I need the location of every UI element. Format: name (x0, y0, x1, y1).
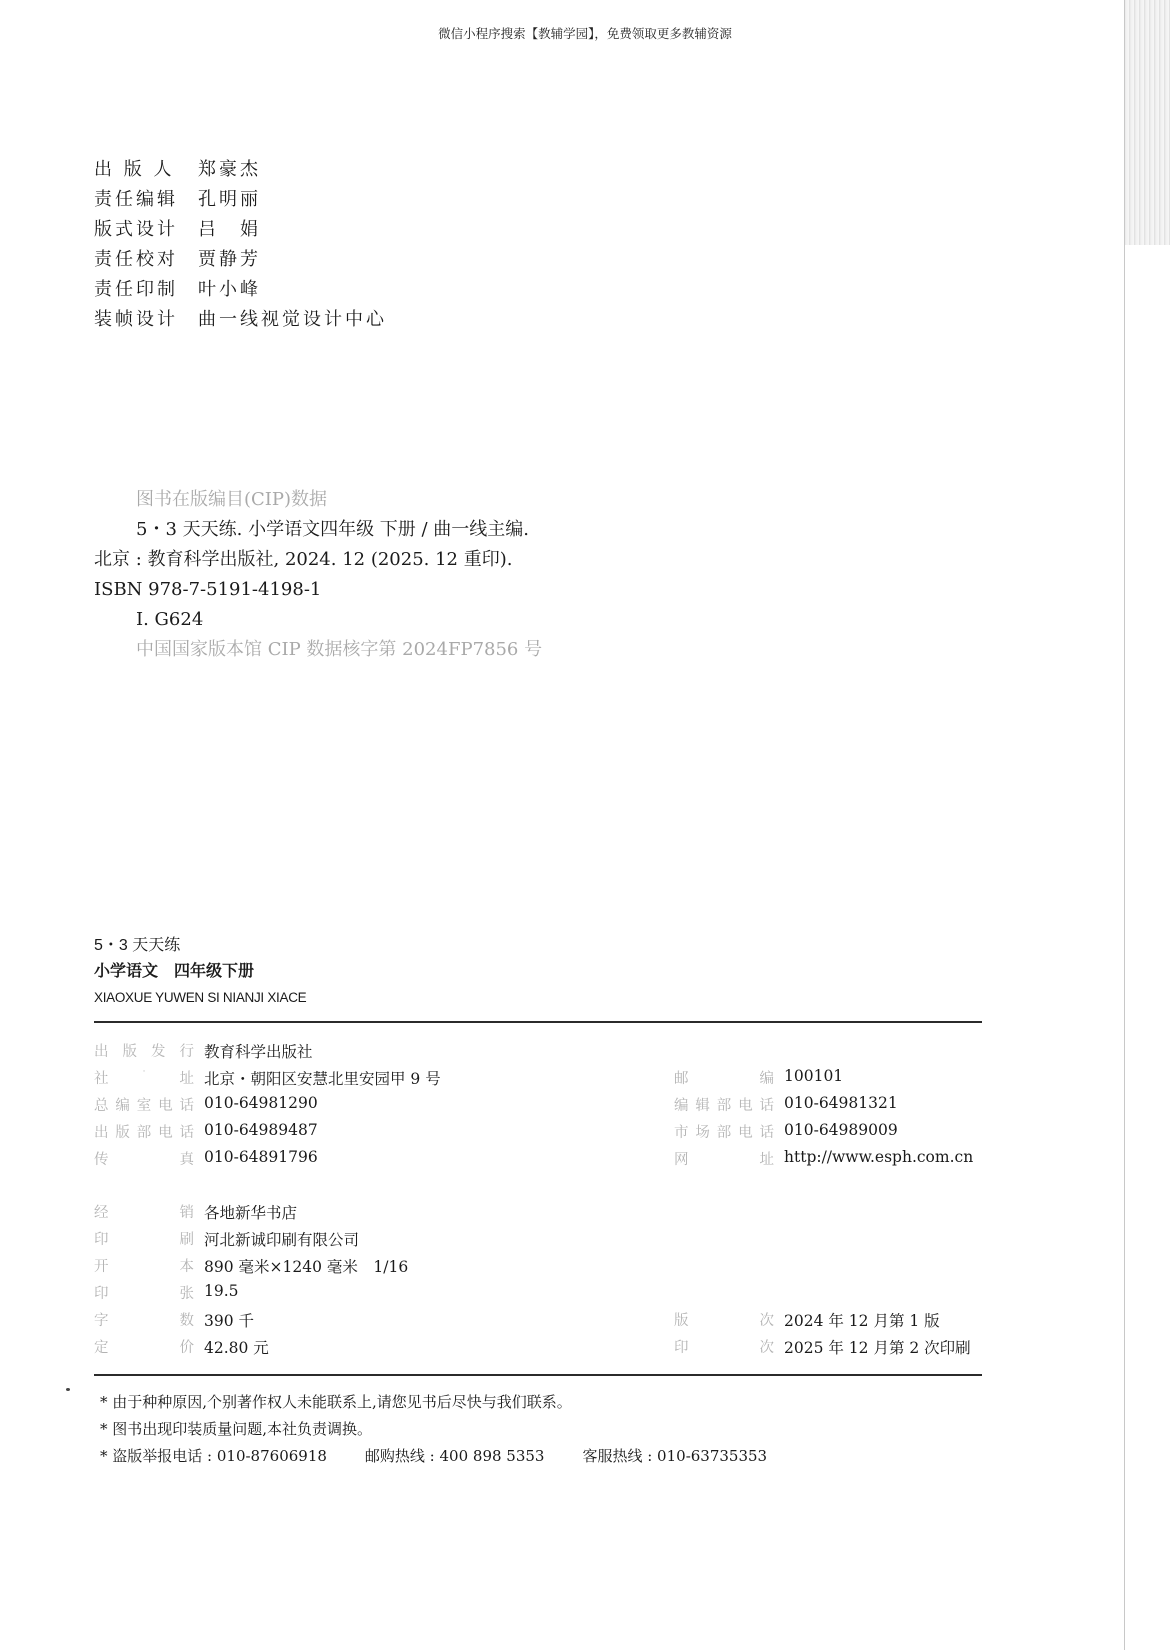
info-label: 开本 (94, 1255, 194, 1277)
info-row: 经销各地新华书店 (94, 1201, 297, 1223)
info-label-char: 场 (695, 1121, 710, 1142)
cip-line1: 5・3 天天练. 小学语文四年级 下册 / 曲一线主编. (94, 515, 542, 545)
info-label: 印张 (94, 1282, 194, 1303)
info-value: 010-64891796 (204, 1148, 318, 1169)
info-row: 总编室电话010-64981290 (94, 1094, 318, 1115)
info-label: 社·址 (94, 1067, 194, 1089)
info-value: 河北新诚印刷有限公司 (204, 1228, 359, 1250)
info-label-char: 辑 (695, 1094, 710, 1115)
info-label-char: 编 (760, 1067, 775, 1088)
info-label-char: 话 (180, 1094, 195, 1115)
info-row: 传真010-64891796 (94, 1148, 318, 1169)
staff-value: 曲一线视觉设计中心 (198, 305, 387, 335)
staff-label: 责任校对 (94, 245, 198, 275)
scan-speck (66, 1388, 70, 1391)
watermark-banner: 微信小程序搜索【教辅学园】，免费领取更多教辅资源 (0, 24, 1170, 42)
info-label-char: 印 (94, 1228, 109, 1250)
info-row: 网址http://www.esph.com.cn (674, 1148, 973, 1169)
info-label-char: 印 (94, 1282, 109, 1303)
mail-order-hotline: 邮购热线 : 400 898 5353 (365, 1443, 545, 1470)
staff-value: 叶小峰 (198, 275, 261, 305)
info-label-char: 定 (94, 1336, 109, 1358)
book-series: 5・3 天天练 (94, 933, 306, 959)
info-label-char: 经 (94, 1201, 109, 1223)
info-label-char: 址 (180, 1067, 195, 1089)
info-label-char: 话 (760, 1094, 775, 1115)
info-value: 010-64989009 (784, 1121, 898, 1142)
note-item: * 图书出现印装质量问题,本社负责调换。 (100, 1416, 805, 1443)
info-value: 2024 年 12 月第 1 版 (784, 1309, 940, 1331)
info-row: 市场部电话010-64989009 (674, 1121, 898, 1142)
book-pinyin: XIAOXUE YUWEN SI NIANJI XIACE (94, 985, 306, 1011)
info-label-char: 市 (674, 1121, 689, 1142)
info-label: 编辑部电话 (674, 1094, 774, 1115)
info-value: 010-64981321 (784, 1094, 898, 1115)
note-text: * 由于种种原因,个别著作权人未能联系上,请您见书后尽快与我们联系。 (100, 1389, 572, 1416)
info-label-char: 版 (123, 1040, 138, 1062)
info-label-char: 次 (760, 1309, 775, 1331)
info-value: http://www.esph.com.cn (784, 1148, 973, 1169)
info-label-char: 电 (158, 1094, 173, 1115)
info-row: 定价42.80 元 (94, 1336, 269, 1358)
info-label: 字数 (94, 1309, 194, 1331)
info-label-char: 邮 (674, 1067, 689, 1088)
info-label: 总编室电话 (94, 1094, 194, 1115)
note-item: * 盗版举报电话 : 010-87606918 邮购热线 : 400 898 5… (100, 1443, 805, 1470)
note-item: * 由于种种原因,个别著作权人未能联系上,请您见书后尽快与我们联系。 (100, 1389, 805, 1416)
info-row: 社·址北京・朝阳区安慧北里安园甲 9 号 (94, 1067, 441, 1089)
info-row: 编辑部电话010-64981321 (674, 1094, 898, 1115)
info-label-char: 次 (760, 1336, 775, 1358)
book-title-block: 5・3 天天练 小学语文 四年级下册 XIAOXUE YUWEN SI NIAN… (94, 933, 306, 1011)
info-row: 邮编100101 (674, 1067, 843, 1088)
info-value: 890 毫米×1240 毫米 1/16 (204, 1255, 408, 1277)
staff-value: 贾静芳 (198, 245, 261, 275)
info-label-char: 部 (717, 1121, 732, 1142)
cip-isbn: ISBN 978-7-5191-4198-1 (94, 575, 542, 605)
info-value: 19.5 (204, 1282, 239, 1303)
cip-classification: Ⅰ. G624 (94, 605, 542, 635)
info-row: 印次2025 年 12 月第 2 次印刷 (674, 1336, 971, 1358)
info-label-char: 开 (94, 1255, 109, 1277)
info-label-char: 总 (94, 1094, 109, 1115)
info-label-char: 版 (115, 1121, 130, 1142)
info-label-char: 销 (180, 1201, 195, 1223)
info-label: 出版部电话 (94, 1121, 194, 1142)
piracy-hotline: * 盗版举报电话 : 010-87606918 (100, 1443, 327, 1470)
staff-label: 责任印制 (94, 275, 198, 305)
staff-row: 责任编辑 孔明丽 (94, 185, 387, 215)
notes: * 由于种种原因,个别著作权人未能联系上,请您见书后尽快与我们联系。 * 图书出… (100, 1389, 805, 1470)
info-label-char: 电 (738, 1121, 753, 1142)
staff-label: 装帧设计 (94, 305, 198, 335)
info-label-char: 发 (151, 1040, 166, 1062)
staff-value: 孔明丽 (198, 185, 261, 215)
info-label-char: 编 (115, 1094, 130, 1115)
book-subtitle: 小学语文 四年级下册 (94, 959, 306, 985)
info-label-char: 版 (674, 1309, 689, 1331)
info-value: 010-64981290 (204, 1094, 318, 1115)
info-row: 出版发行教育科学出版社 (94, 1040, 313, 1062)
info-label-char: 真 (180, 1148, 195, 1169)
staff-row: 责任校对 贾静芳 (94, 245, 387, 275)
info-value: 2025 年 12 月第 2 次印刷 (784, 1336, 971, 1358)
staff-credits: 出 版 人 郑豪杰 责任编辑 孔明丽 版式设计 吕 娟 责任校对 贾静芳 责任印… (94, 155, 387, 335)
info-label-char: 传 (94, 1148, 109, 1169)
info-label-char: 出 (94, 1121, 109, 1142)
info-label: 版次 (674, 1309, 774, 1331)
info-label-char: 张 (180, 1282, 195, 1303)
info-label-char: 话 (180, 1121, 195, 1142)
info-label-char: · (143, 1067, 146, 1089)
info-label: 出版发行 (94, 1040, 194, 1062)
staff-label: 责任编辑 (94, 185, 198, 215)
info-row: 版次2024 年 12 月第 1 版 (674, 1309, 940, 1331)
note-text: * 图书出现印装质量问题,本社负责调换。 (100, 1416, 372, 1443)
info-value: 100101 (784, 1067, 843, 1088)
cip-line2: 北京 : 教育科学出版社, 2024. 12 (2025. 12 重印). (94, 545, 542, 575)
info-label: 定价 (94, 1336, 194, 1358)
info-label-char: 部 (137, 1121, 152, 1142)
divider-top (94, 1021, 982, 1023)
info-label: 经销 (94, 1201, 194, 1223)
info-label: 邮编 (674, 1067, 774, 1088)
info-label-char: 字 (94, 1309, 109, 1331)
scan-edge-shadow (1124, 0, 1170, 245)
info-label-char: 部 (717, 1094, 732, 1115)
info-label-char: 网 (674, 1148, 689, 1169)
staff-row: 版式设计 吕 娟 (94, 215, 387, 245)
info-value: 390 千 (204, 1309, 254, 1331)
divider-bottom (94, 1374, 982, 1376)
info-label-char: 刷 (180, 1228, 195, 1250)
cip-block: 图书在版编目(CIP)数据 5・3 天天练. 小学语文四年级 下册 / 曲一线主… (94, 485, 542, 665)
info-value: 教育科学出版社 (204, 1040, 313, 1062)
info-label: 印次 (674, 1336, 774, 1358)
info-label-char: 出 (94, 1040, 109, 1062)
info-value: 42.80 元 (204, 1336, 269, 1358)
info-value: 各地新华书店 (204, 1201, 297, 1223)
info-label: 网址 (674, 1148, 774, 1169)
staff-row: 责任印制 叶小峰 (94, 275, 387, 305)
staff-row: 装帧设计 曲一线视觉设计中心 (94, 305, 387, 335)
info-label-char: 数 (180, 1309, 195, 1331)
info-row: 印刷河北新诚印刷有限公司 (94, 1228, 359, 1250)
staff-label: 出 版 人 (94, 155, 198, 185)
info-value: 北京・朝阳区安慧北里安园甲 9 号 (204, 1067, 441, 1089)
staff-label: 版式设计 (94, 215, 198, 245)
info-value: 010-64989487 (204, 1121, 318, 1142)
info-label-char: 价 (180, 1336, 195, 1358)
info-row: 开本890 毫米×1240 毫米 1/16 (94, 1255, 408, 1277)
info-label-char: 话 (760, 1121, 775, 1142)
info-label-char: 本 (180, 1255, 195, 1277)
info-row: 出版部电话010-64989487 (94, 1121, 318, 1142)
info-label-char: 电 (158, 1121, 173, 1142)
scan-edge-line (1124, 0, 1125, 1650)
customer-service-hotline: 客服热线 : 010-63735353 (582, 1443, 767, 1470)
staff-value: 郑豪杰 (198, 155, 261, 185)
info-row: 字数390 千 (94, 1309, 254, 1331)
cip-record: 中国国家版本馆 CIP 数据核字第 2024FP7856 号 (94, 635, 542, 665)
cip-heading: 图书在版编目(CIP)数据 (94, 485, 542, 515)
info-label-char: 印 (674, 1336, 689, 1358)
info-label: 市场部电话 (674, 1121, 774, 1142)
info-label: 传真 (94, 1148, 194, 1169)
info-row: 印张19.5 (94, 1282, 239, 1303)
staff-value: 吕 娟 (198, 215, 261, 245)
info-label-char: 址 (760, 1148, 775, 1169)
info-label-char: 室 (137, 1094, 152, 1115)
info-label-char: 社 (94, 1067, 109, 1089)
info-label-char: 行 (180, 1040, 195, 1062)
staff-row: 出 版 人 郑豪杰 (94, 155, 387, 185)
info-label: 印刷 (94, 1228, 194, 1250)
info-label-char: 编 (674, 1094, 689, 1115)
info-label-char: 电 (738, 1094, 753, 1115)
